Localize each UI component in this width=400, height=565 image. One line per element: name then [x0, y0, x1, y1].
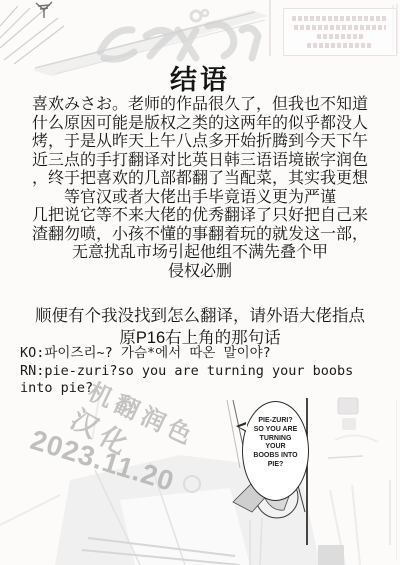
caption-text-bar	[292, 16, 388, 21]
afterword-line: 渣翻勿喷，小孩不懂的事翻着玩的就发这一部，	[0, 226, 400, 245]
afterword-line: 什么原因可能是版权之类的这两年的似乎都没人	[0, 115, 400, 134]
speech-bubble-tail-fill	[239, 424, 247, 431]
note-line: 顺便有个我没找到怎么翻译，请外语大佬指点	[0, 306, 400, 328]
afterword-line: 烤，于是从昨天上午八点多开始折腾到今天下午	[0, 133, 400, 152]
caption-text-bar	[294, 25, 386, 30]
afterword-line: 喜欢みさお。老师的作品很久了，但我也不知道	[0, 96, 400, 115]
bubble-line: TURNING	[253, 435, 297, 444]
afterword-line: 几把说它等不来大佬的优秀翻译了只好把自己来	[0, 207, 400, 226]
afterword-line: 侵权必删	[0, 263, 400, 282]
speech-bubble: PIE-ZURI? SO YOU ARE TURNING YOUR BOOBS …	[242, 401, 309, 501]
bubble-line: YOUR	[253, 443, 297, 452]
bubble-line: BOOBS INTO	[253, 452, 297, 461]
caption-text-bar	[307, 43, 373, 48]
romanized-line-1: RN:pie-zuri?so you are turning your boob…	[20, 363, 353, 381]
romanized-line-2: into pie?	[20, 380, 353, 398]
korean-line: KO:파이즈리~? 가슴*에서 따온 말이야?	[20, 345, 353, 363]
manga-afterword-page: 机翻润色 汉化 2023.11.20 结语 喜欢みさお。老师的作品很久了，但我也…	[0, 0, 400, 565]
afterword-paragraph: 喜欢みさお。老师的作品很久了，但我也不知道 什么原因可能是版权之类的这两年的似乎…	[0, 96, 400, 281]
faded-caption-box	[283, 8, 397, 56]
translation-help-note: 顺便有个我没找到怎么翻译，请外语大佬指点 原P16右上角的那句话	[0, 306, 400, 349]
hatch-lines	[0, 6, 64, 64]
caption-text-bar	[317, 34, 363, 39]
language-reference-block: KO:파이즈리~? 가슴*에서 따온 말이야? RN:pie-zuri?so y…	[20, 345, 353, 398]
speech-bubble-text: PIE-ZURI? SO YOU ARE TURNING YOUR BOOBS …	[253, 417, 297, 470]
bubble-line: PIE?	[253, 461, 297, 470]
afterword-line: 近三点的手打翻译对比英日韩三语语境嵌字润色	[0, 152, 400, 171]
afterword-line: ，终于把喜欢的几部都翻了当配菜，其实我更想	[0, 170, 400, 189]
bubble-line: SO YOU ARE	[253, 426, 297, 435]
page-title: 结语	[0, 58, 400, 97]
afterword-line: 等官汉或者大佬出手毕竟语义更为严谨	[0, 189, 400, 208]
bubble-line: PIE-ZURI?	[253, 417, 297, 426]
far-right-faint-art	[318, 398, 397, 565]
afterword-line: 无意扰乱市场引起他组不满先叠个甲	[0, 244, 400, 263]
